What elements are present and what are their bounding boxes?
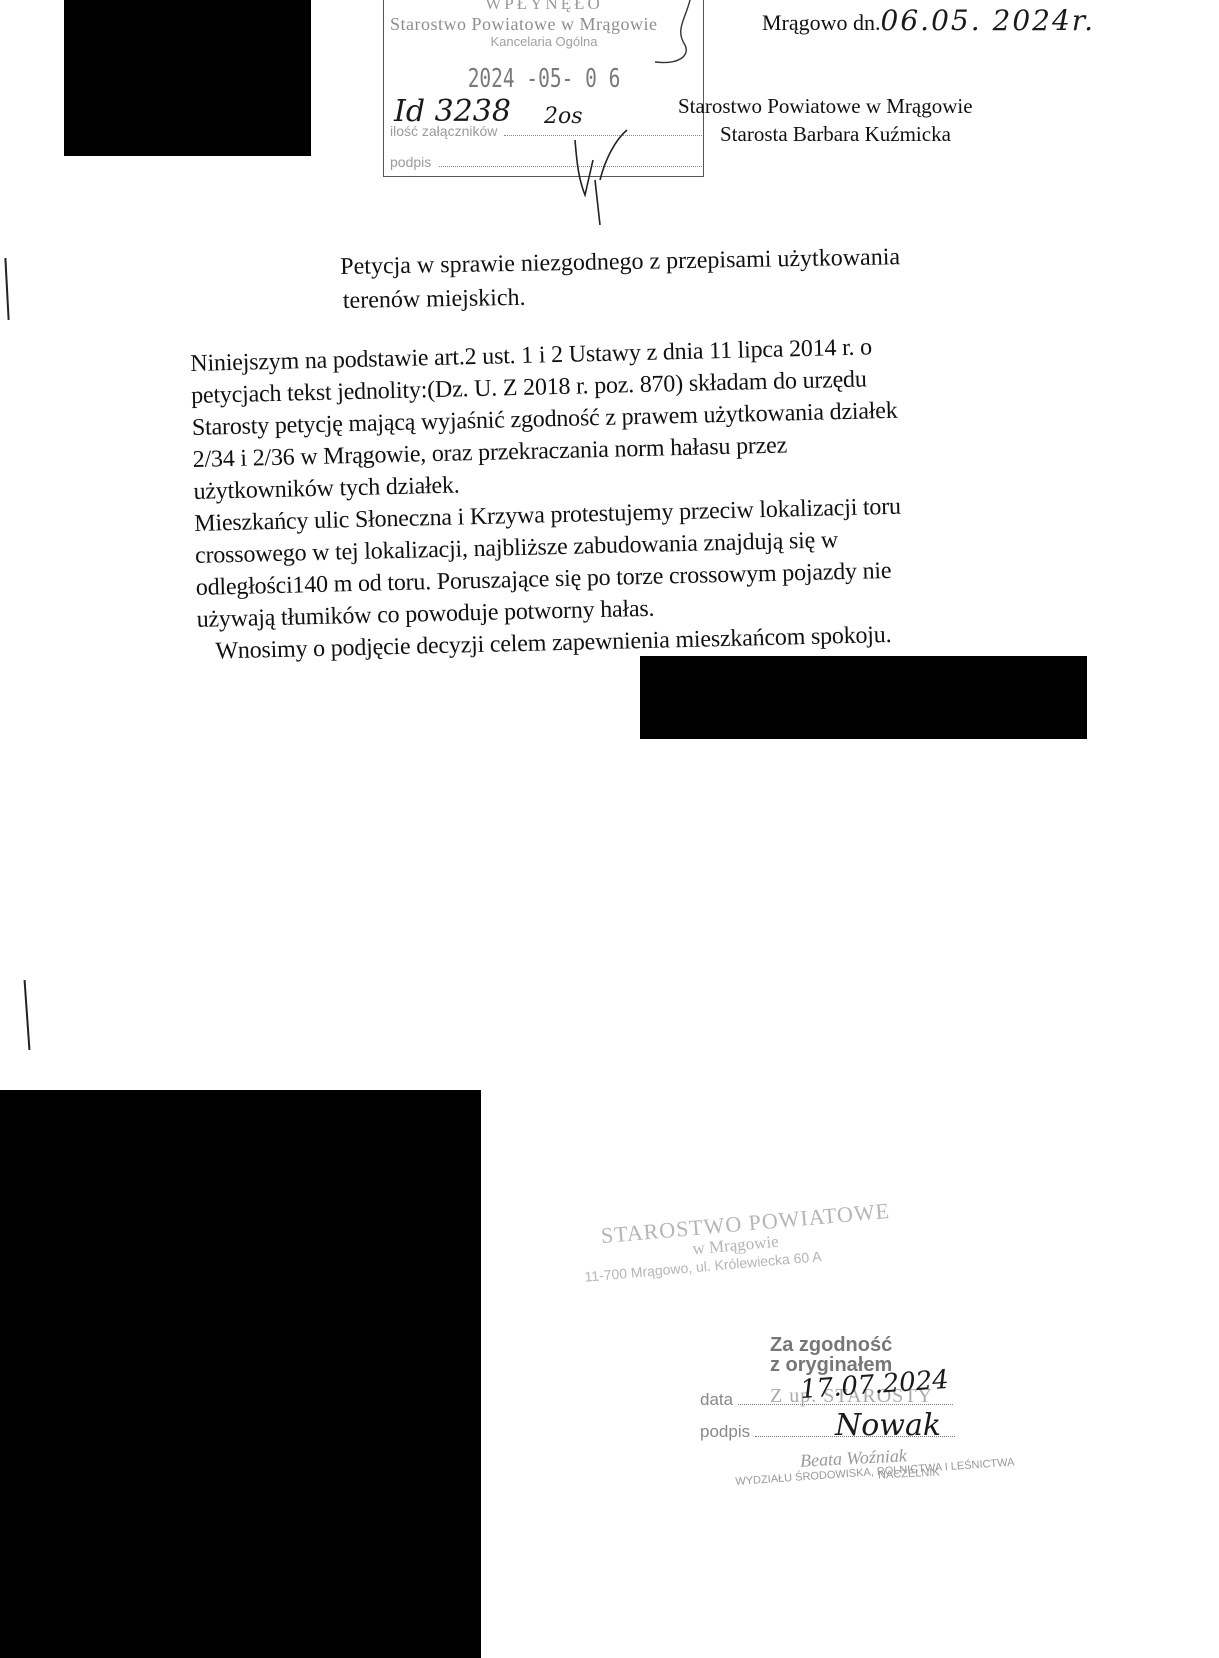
place-date-value: 06.05. 2024r. — [881, 4, 1095, 37]
stamp-date: 2024 -05- 0 6 — [424, 64, 664, 94]
stamp-signature-label: podpis — [390, 154, 431, 170]
redaction-box-bottom-left — [0, 1090, 481, 1658]
cert-date-dotted-line — [738, 1392, 953, 1405]
cert-signature-dotted-line — [755, 1424, 955, 1437]
stamp-office: Starostwo Powiatowe w Mrągowie — [390, 14, 657, 35]
cert-date-label: data — [700, 1390, 733, 1409]
cert-line-1: Za zgodność — [770, 1335, 892, 1355]
initials-scribble-icon — [555, 120, 635, 230]
place-date: Mrągowo dn.06.05. 2024r. — [762, 4, 1095, 37]
attachments-label: ilość załączników — [390, 123, 497, 139]
corner-scribble-icon — [645, 0, 705, 70]
office-stamp: STAROSTWO POWIATOWE w Mrągowie 11-700 Mr… — [580, 1198, 894, 1285]
cert-signature-label: podpis — [700, 1422, 750, 1441]
cert-date-row: data — [700, 1390, 953, 1410]
recipient-person: Starosta Barbara Kuźmicka — [720, 122, 951, 147]
redaction-box-top-left — [64, 0, 311, 156]
redaction-box-signature — [640, 656, 1087, 739]
margin-mark-bottom — [24, 980, 31, 1050]
cert-signature-row: podpis — [700, 1422, 955, 1442]
margin-mark-top — [4, 258, 9, 320]
recipient-office: Starostwo Powiatowe w Mrągowie — [678, 94, 973, 119]
petition-body: Niniejszym na podstawie art.2 ust. 1 i 2… — [190, 326, 1098, 668]
place-date-label: Mrągowo dn. — [762, 10, 881, 35]
petition-subject: Petycja w sprawie niezgodnego z przepisa… — [340, 240, 901, 318]
